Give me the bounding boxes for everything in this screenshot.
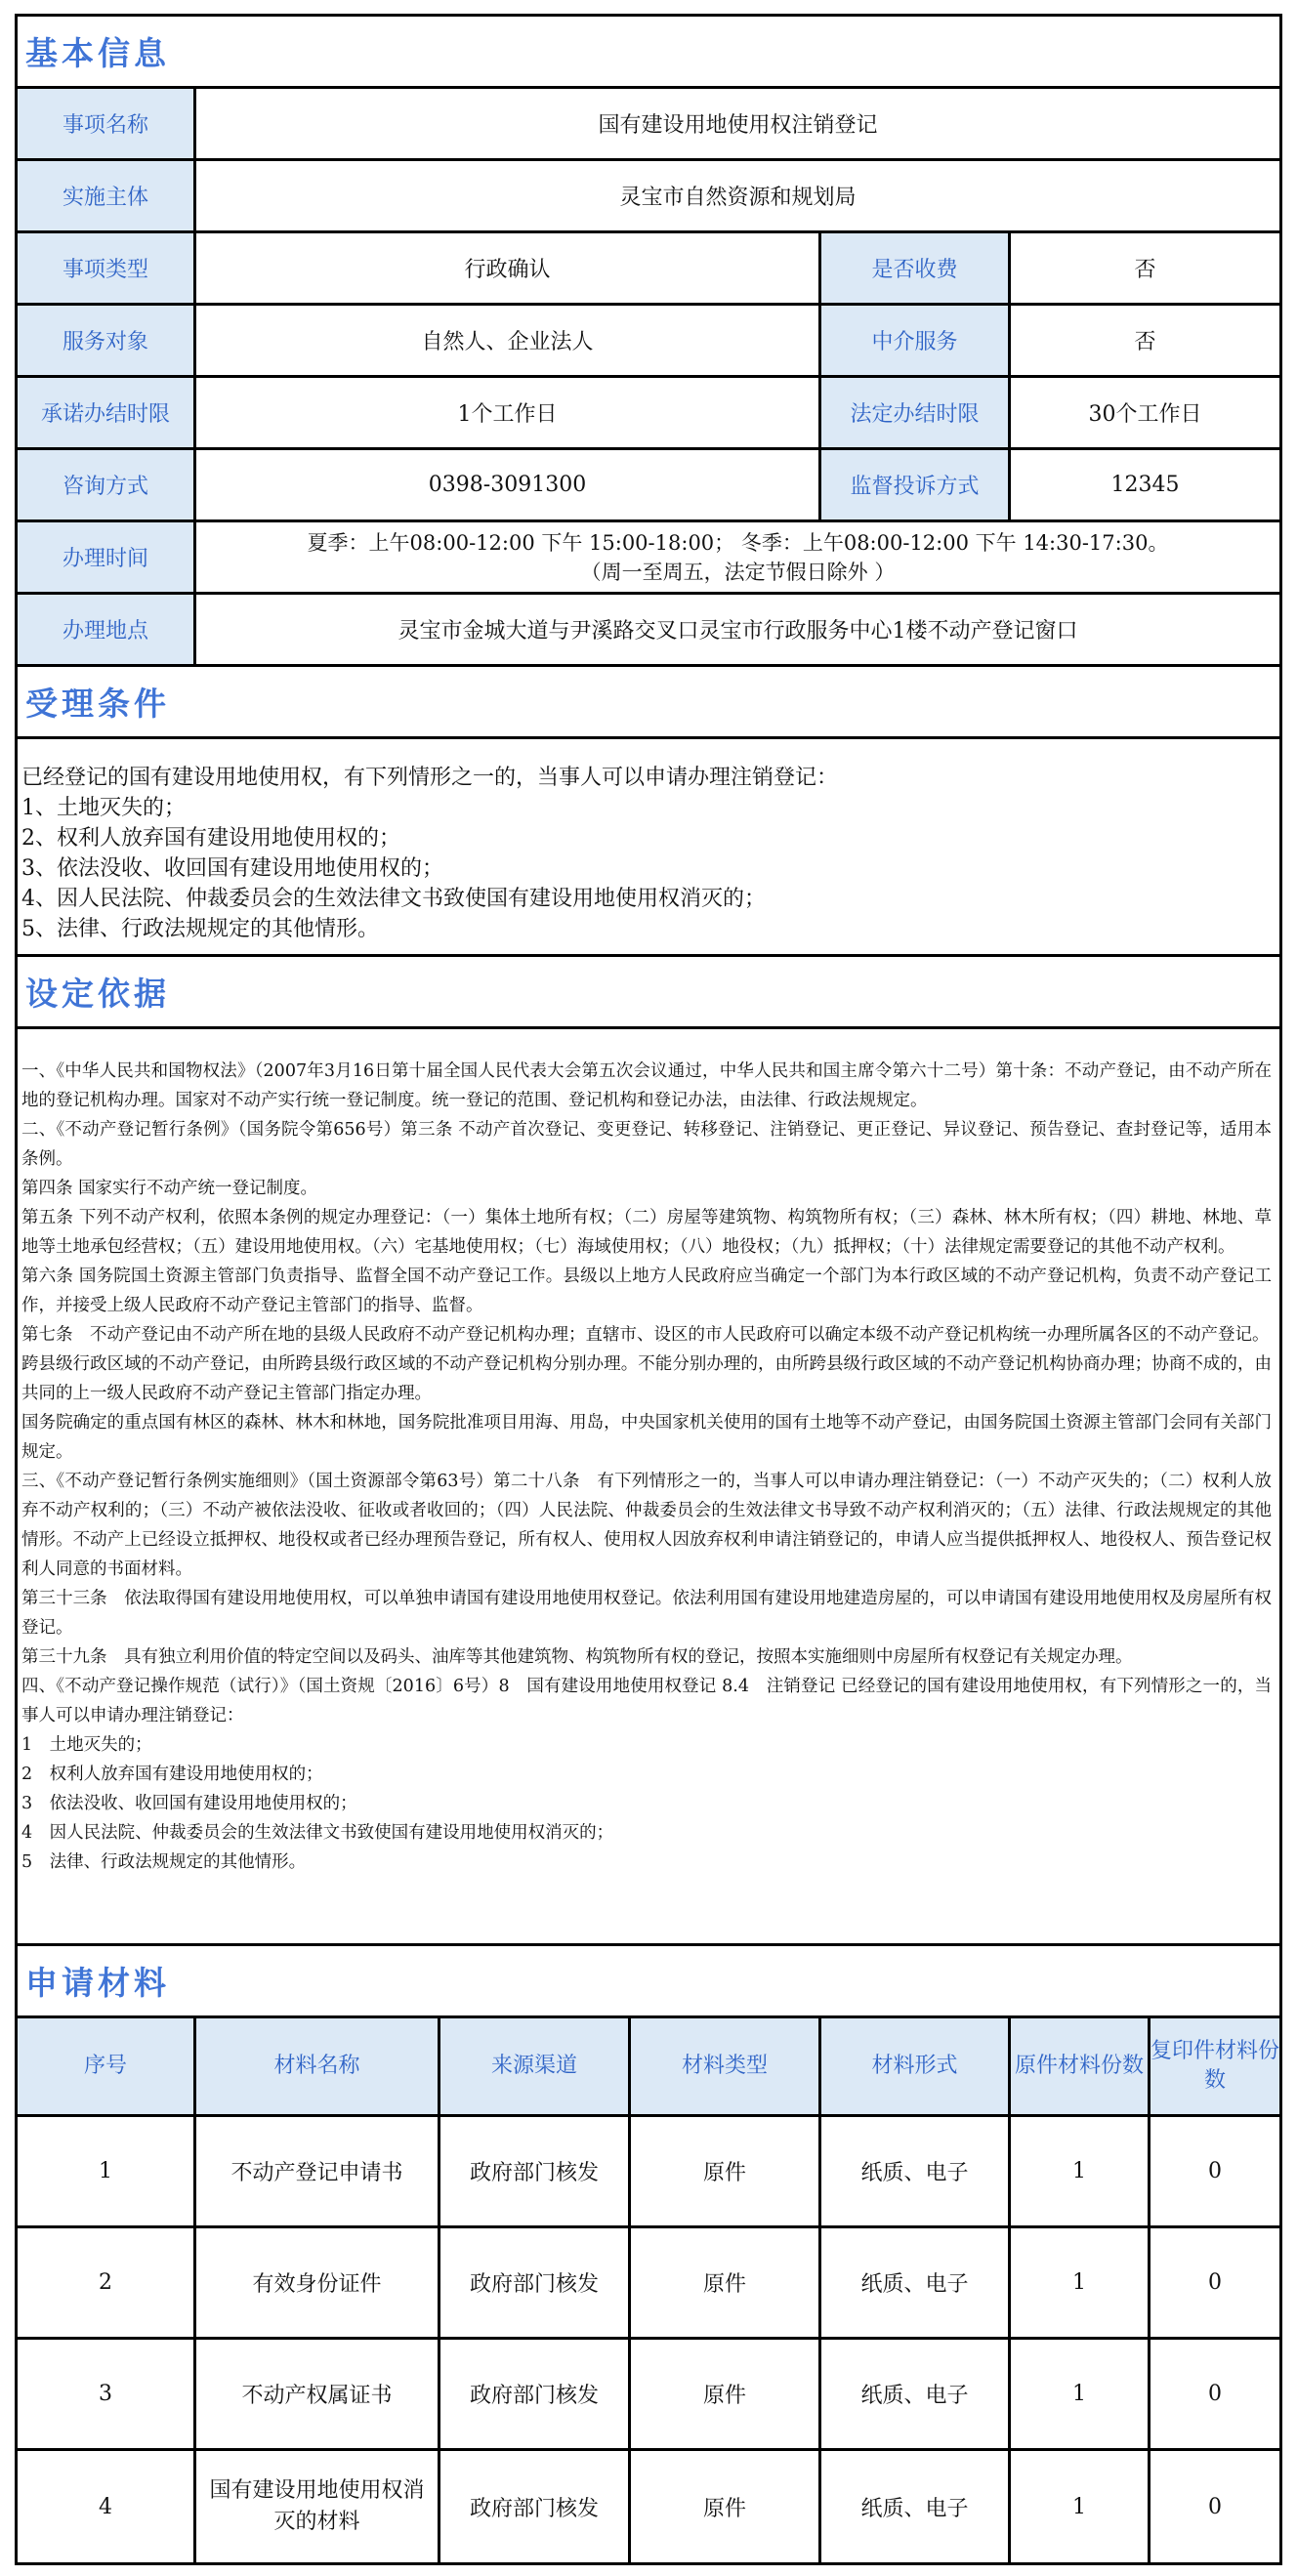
conditions-line: 1、土地灭失的； [21,793,1274,823]
basis-paragraph: 国务院确定的重点国有林区的森林、林木和林地，国务院批准项目用海、用岛，中央国家机… [21,1408,1272,1467]
col-header-original-count: 原件材料份数 [1008,2018,1148,2114]
cell-form: 纸质、电子 [818,2340,1008,2448]
value-item-type: 行政确认 [193,233,818,303]
cell-source: 政府部门核发 [438,2451,628,2562]
cell-type: 原件 [628,2228,818,2337]
cell-form: 纸质、电子 [818,2117,1008,2225]
basis-paragraph: 5 法律、行政法规规定的其他情形。 [21,1848,1272,1877]
label-hours: 办理时间 [18,522,193,592]
label-consult: 咨询方式 [18,450,193,519]
basis-content: 一、《中华人民共和国物权法》（2007年3月16日第十届全国人民代表大会第五次会… [18,1029,1279,1946]
col-header-source: 来源渠道 [438,2018,628,2114]
conditions-line: 5、法律、行政法规规定的其他情形。 [21,914,1274,944]
table-row: 4 国有建设用地使用权消灭的材料 政府部门核发 原件 纸质、电子 1 0 [18,2451,1279,2562]
value-subject: 灵宝市自然资源和规划局 [193,161,1279,230]
cell-type: 原件 [628,2451,818,2562]
cell-form: 纸质、电子 [818,2228,1008,2337]
hours-line-2: （周一至周五，法定节假日除外 ） [581,558,896,587]
conditions-content: 已经登记的国有建设用地使用权，有下列情形之一的，当事人可以申请办理注销登记： 1… [18,739,1279,957]
cell-copy-count: 0 [1148,2228,1279,2337]
basis-paragraph: 二、《不动产登记暂行条例》（国务院令第656号）第三条 不动产首次登记、变更登记… [21,1115,1272,1174]
value-location: 灵宝市金城大道与尹溪路交叉口灵宝市行政服务中心1楼不动产登记窗口 [193,595,1279,664]
label-location: 办理地点 [18,595,193,664]
label-subject: 实施主体 [18,161,193,230]
cell-copy-count: 0 [1148,2117,1279,2225]
basis-paragraph: 四、《不动产登记操作规范（试行）》（国土资规〔2016〕6号）8 国有建设用地使… [21,1672,1272,1730]
cell-copy-count: 0 [1148,2451,1279,2562]
label-item-name: 事项名称 [18,89,193,158]
cell-original-count: 1 [1008,2117,1148,2225]
col-header-type: 材料类型 [628,2018,818,2114]
table-row: 1 不动产登记申请书 政府部门核发 原件 纸质、电子 1 0 [18,2117,1279,2228]
col-header-name: 材料名称 [193,2018,438,2114]
value-item-name: 国有建设用地使用权注销登记 [193,89,1279,158]
service-guide-sheet: 基本信息 事项名称 国有建设用地使用权注销登记 实施主体 灵宝市自然资源和规划局… [15,14,1282,2565]
cell-type: 原件 [628,2340,818,2448]
col-header-index: 序号 [18,2018,193,2114]
materials-table-header: 序号 材料名称 来源渠道 材料类型 材料形式 原件材料份数 复印件材料份数 [18,2018,1279,2117]
row-location: 办理地点 灵宝市金城大道与尹溪路交叉口灵宝市行政服务中心1楼不动产登记窗口 [18,595,1279,667]
value-complaint-phone: 12345 [1008,450,1279,519]
basis-paragraph: 第七条 不动产登记由不动产所在地的县级人民政府不动产登记机构办理；直辖市、设区的… [21,1320,1272,1350]
value-consult-phone: 0398-3091300 [193,450,818,519]
section-title-materials: 申请材料 [18,1946,1279,2018]
section-title-basis: 设定依据 [18,957,1279,1029]
basis-paragraph: 3 依法没收、收回国有建设用地使用权的； [21,1789,1272,1818]
cell-form: 纸质、电子 [818,2451,1008,2562]
cell-copy-count: 0 [1148,2340,1279,2448]
conditions-line: 3、依法没收、收回国有建设用地使用权的； [21,853,1274,884]
col-header-copy-count: 复印件材料份数 [1148,2018,1279,2114]
value-fee: 否 [1008,233,1279,303]
row-time-limit: 承诺办结时限 1个工作日 法定办结时限 30个工作日 [18,378,1279,450]
conditions-line: 4、因人民法院、仲裁委员会的生效法律文书致使国有建设用地使用权消灭的； [21,884,1274,914]
cell-index: 2 [18,2228,193,2337]
materials-table: 序号 材料名称 来源渠道 材料类型 材料形式 原件材料份数 复印件材料份数 1 … [18,2018,1279,2562]
cell-original-count: 1 [1008,2340,1148,2448]
label-item-type: 事项类型 [18,233,193,303]
table-row: 2 有效身份证件 政府部门核发 原件 纸质、电子 1 0 [18,2228,1279,2340]
label-target: 服务对象 [18,306,193,375]
cell-name: 不动产权属证书 [193,2340,438,2448]
basis-paragraph: 2 权利人放弃国有建设用地使用权的； [21,1760,1272,1789]
basis-paragraph: 三、《不动产登记暂行条例实施细则》（国土资源部令第63号）第二十八条 有下列情形… [21,1467,1272,1584]
basis-paragraph: 第三十三条 依法取得国有建设用地使用权，可以单独申请国有建设用地使用权登记。依法… [21,1584,1272,1642]
basis-paragraph: 第五条 下列不动产权利，依照本条例的规定办理登记：（一）集体土地所有权；（二）房… [21,1203,1272,1262]
cell-source: 政府部门核发 [438,2117,628,2225]
value-hours: 夏季：上午08:00-12:00 下午 15:00-18:00； 冬季：上午08… [193,522,1279,592]
cell-index: 4 [18,2451,193,2562]
label-complaint: 监督投诉方式 [818,450,1008,519]
cell-source: 政府部门核发 [438,2228,628,2337]
cell-index: 3 [18,2340,193,2448]
cell-original-count: 1 [1008,2451,1148,2562]
label-agency: 中介服务 [818,306,1008,375]
conditions-line: 已经登记的国有建设用地使用权，有下列情形之一的，当事人可以申请办理注销登记： [21,763,1274,793]
basis-paragraph: 跨县级行政区域的不动产登记，由所跨县级行政区域的不动产登记机构分别办理。不能分别… [21,1350,1272,1408]
value-promised-time: 1个工作日 [193,378,818,447]
basis-paragraph: 1 土地灭失的； [21,1730,1272,1760]
cell-name: 有效身份证件 [193,2228,438,2337]
conditions-line: 2、权利人放弃国有建设用地使用权的； [21,823,1274,853]
basis-paragraph: 第四条 国家实行不动产统一登记制度。 [21,1174,1272,1203]
col-header-form: 材料形式 [818,2018,1008,2114]
row-contact: 咨询方式 0398-3091300 监督投诉方式 12345 [18,450,1279,522]
cell-name: 国有建设用地使用权消灭的材料 [193,2451,438,2562]
cell-original-count: 1 [1008,2228,1148,2337]
row-item-type: 事项类型 行政确认 是否收费 否 [18,233,1279,306]
cell-source: 政府部门核发 [438,2340,628,2448]
basis-paragraph: 4 因人民法院、仲裁委员会的生效法律文书致使国有建设用地使用权消灭的； [21,1818,1272,1848]
value-agency: 否 [1008,306,1279,375]
cell-index: 1 [18,2117,193,2225]
basis-paragraph: 第六条 国务院国土资源主管部门负责指导、监督全国不动产登记工作。县级以上地方人民… [21,1262,1272,1320]
hours-line-1: 夏季：上午08:00-12:00 下午 15:00-18:00； 冬季：上午08… [308,528,1169,558]
row-target: 服务对象 自然人、企业法人 中介服务 否 [18,306,1279,378]
row-item-name: 事项名称 国有建设用地使用权注销登记 [18,89,1279,161]
label-legal-time: 法定办结时限 [818,378,1008,447]
cell-name: 不动产登记申请书 [193,2117,438,2225]
label-fee: 是否收费 [818,233,1008,303]
label-promised-time: 承诺办结时限 [18,378,193,447]
section-title-basic-info: 基本信息 [18,17,1279,89]
table-row: 3 不动产权属证书 政府部门核发 原件 纸质、电子 1 0 [18,2340,1279,2451]
row-subject: 实施主体 灵宝市自然资源和规划局 [18,161,1279,233]
row-hours: 办理时间 夏季：上午08:00-12:00 下午 15:00-18:00； 冬季… [18,522,1279,595]
basis-paragraph: 一、《中华人民共和国物权法》（2007年3月16日第十届全国人民代表大会第五次会… [21,1057,1272,1115]
value-target: 自然人、企业法人 [193,306,818,375]
value-legal-time: 30个工作日 [1008,378,1279,447]
cell-type: 原件 [628,2117,818,2225]
section-title-conditions: 受理条件 [18,667,1279,739]
basis-paragraph: 第三十九条 具有独立利用价值的特定空间以及码头、油库等其他建筑物、构筑物所有权的… [21,1642,1272,1672]
